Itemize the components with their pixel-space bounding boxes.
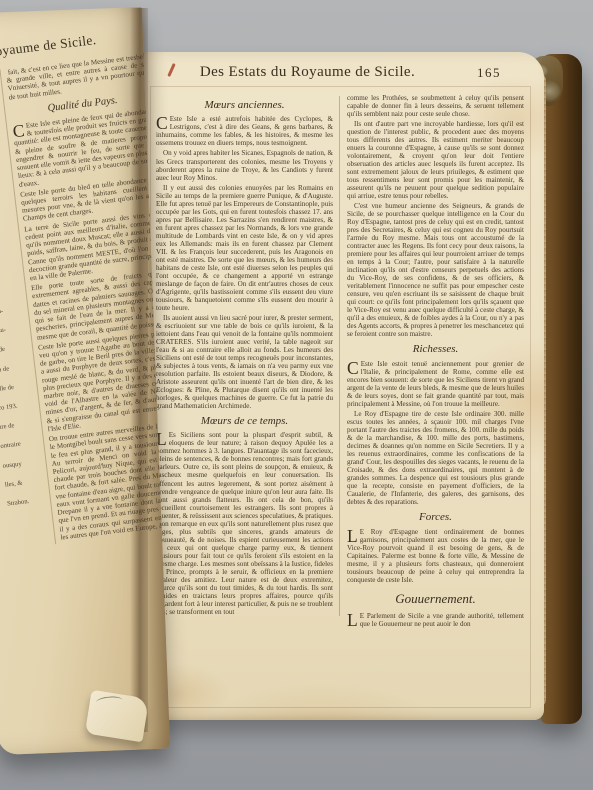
paragraph: Le Roy d'Espagne tire de ceste Isle ordi… xyxy=(347,410,524,506)
section-heading-moeurs-anciennes: Mœurs anciennes. xyxy=(156,99,333,111)
margin-note: r de ceste xyxy=(0,190,12,203)
photo-of-open-book: du Royaume de Sicile. de cel-restaces,qu… xyxy=(0,0,593,790)
margin-note: gie de xyxy=(0,343,30,356)
section-heading-richesses: Richesses. xyxy=(347,343,524,355)
running-header-right: Des Estats du Royaume de Sicile. xyxy=(156,64,459,81)
margin-note: produi- xyxy=(0,210,14,223)
margin-note: est Ca- xyxy=(0,305,25,318)
paragraph: On trouue entre autres merveilles de la … xyxy=(48,418,170,541)
drop-cap: C xyxy=(347,360,361,375)
margin-note: celle de xyxy=(0,381,34,394)
page-number: 165 xyxy=(477,65,501,81)
paragraph: On y void apres habiter les Sicanes, Esp… xyxy=(156,149,333,181)
margin-note: ero 193. xyxy=(0,401,36,414)
margin-note: Noir la xyxy=(0,133,5,146)
margin-note: aria de xyxy=(0,362,32,375)
margin-note: y, & le xyxy=(0,286,23,299)
pen-squiggle xyxy=(96,695,123,706)
margin-note: or, & du xyxy=(0,171,9,184)
paragraph: LE Roy d'Espagne tient ordinairement de … xyxy=(347,528,524,584)
margin-note: de Ca- xyxy=(0,248,18,261)
curled-page-tip xyxy=(85,690,149,743)
column-rule xyxy=(339,96,340,616)
paragraph: LEs Siciliens sont pour la pluspart d'es… xyxy=(156,431,333,615)
margin-note: mes Ha- xyxy=(0,152,7,165)
paragraph: Ils auoient aussi vn lieu sacré pour iur… xyxy=(156,314,333,410)
margin-note: ure de xyxy=(0,420,39,433)
drop-cap: L xyxy=(347,612,360,627)
margin-note: lles, & xyxy=(5,477,46,490)
margin-note: ousquy xyxy=(2,458,43,471)
margin-note: l'autre xyxy=(0,267,21,280)
section-heading-gouvernement: Gouuernement. xyxy=(347,592,524,607)
paragraph: CEste Isle a esté autrefois habitée des … xyxy=(156,115,333,147)
margin-note: Consu- xyxy=(0,324,27,337)
gutter-shadow xyxy=(130,8,148,732)
margin-note: ontraire xyxy=(0,439,41,452)
text-column-right: comme les Prothées, se soubmettent à cel… xyxy=(347,94,524,630)
margin-note: quier: elle xyxy=(0,114,3,127)
book-cover-edge xyxy=(541,54,582,724)
paragraph: LE Parlement de Sicile a vne grande auth… xyxy=(347,612,524,628)
margin-note: Strabon. xyxy=(7,496,48,509)
section-heading-moeurs-de-ce-temps: Mœurs de ce temps. xyxy=(156,415,333,427)
right-page: Des Estats du Royaume de Sicile. 165 Mœu… xyxy=(138,52,544,720)
paragraph: Ceste Isle porte aussi quelques pierres … xyxy=(38,327,171,434)
drop-cap: C xyxy=(156,115,170,130)
paragraph: C'est vne humeur ancienne des Seigneurs,… xyxy=(347,202,524,338)
paragraph: comme les Prothées, se soubmettent à cel… xyxy=(347,94,524,118)
paragraph: Ils ont d'autre part vne incroyable hard… xyxy=(347,120,524,200)
paragraph: CEste Isle estoit tenuë anciennement pou… xyxy=(347,360,524,408)
text-column-left: Mœurs anciennes. CEste Isle a esté autre… xyxy=(156,94,333,630)
paragraph: Il y eut aussi des colonies enuoyées par… xyxy=(156,184,333,312)
margin-note: Fara, ju- xyxy=(0,229,16,242)
drop-cap: L xyxy=(347,528,360,543)
section-heading-forces: Forces. xyxy=(347,511,524,523)
